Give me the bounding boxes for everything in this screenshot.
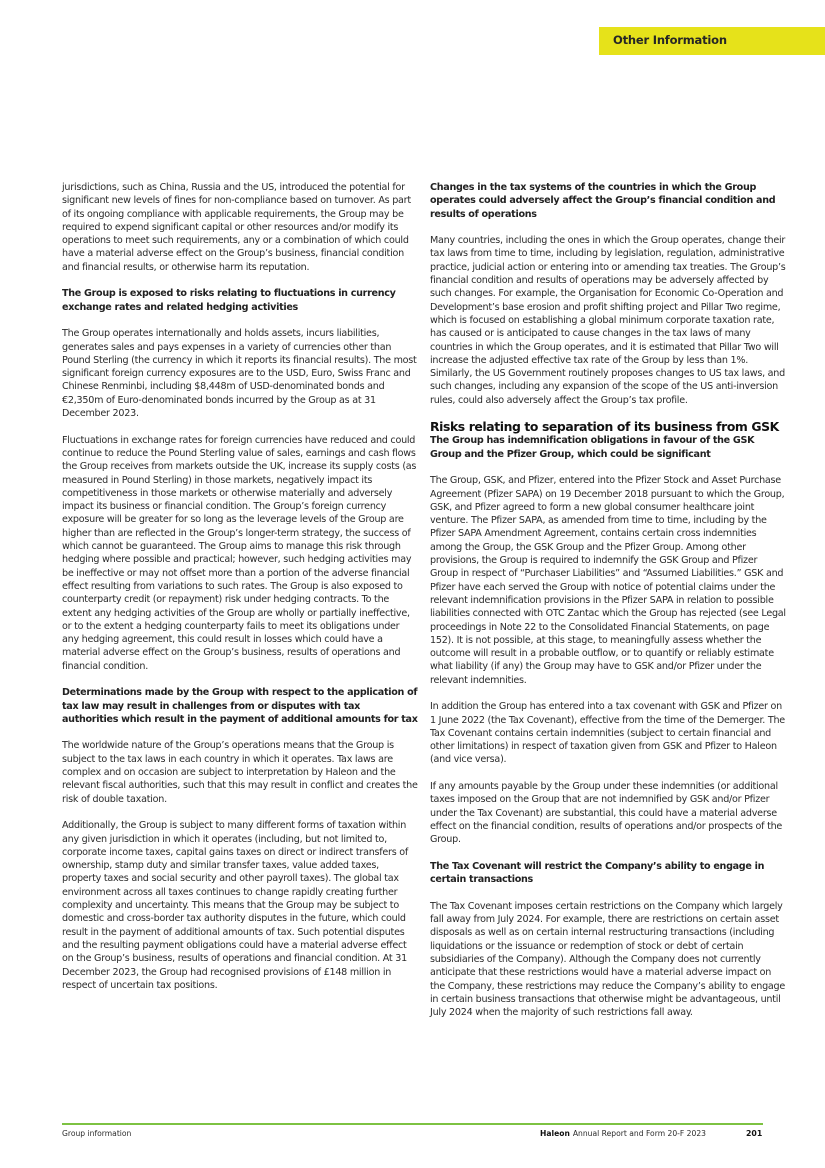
section-label: Other Information (613, 33, 727, 47)
footer-section-label: Group information (62, 1129, 131, 1138)
paragraph: Additionally, the Group is subject to ma… (62, 819, 418, 992)
subheading-tax-determinations: Determinations made by the Group with re… (62, 686, 418, 726)
subheading-tax-covenant: The Tax Covenant will restrict the Compa… (430, 860, 786, 887)
paragraph: jurisdictions, such as China, Russia and… (62, 181, 418, 274)
paragraph: The Group operates internationally and h… (62, 327, 418, 420)
subheading-currency-risk: The Group is exposed to risks relating t… (62, 287, 418, 314)
right-column: Changes in the tax systems of the countr… (430, 181, 786, 1033)
brand-name: Haleon (540, 1129, 570, 1138)
paragraph: The Group, GSK, and Pfizer, entered into… (430, 474, 786, 687)
left-column: jurisdictions, such as China, Russia and… (62, 181, 418, 1005)
paragraph: In addition the Group has entered into a… (430, 700, 786, 766)
page-number: 201 (746, 1129, 762, 1138)
paragraph: Many countries, including the ones in wh… (430, 234, 786, 407)
section-banner: Other Information (599, 27, 825, 55)
footer-publication: HaleonAnnual Report and Form 20-F 2023 (540, 1129, 706, 1138)
subheading-indemnification: The Group has indemnification obligation… (430, 434, 786, 461)
footer-divider (62, 1123, 763, 1125)
paragraph: The worldwide nature of the Group’s oper… (62, 739, 418, 805)
subheading-tax-systems: Changes in the tax systems of the countr… (430, 181, 786, 221)
publication-title: Annual Report and Form 20-F 2023 (573, 1129, 706, 1138)
paragraph: Fluctuations in exchange rates for forei… (62, 434, 418, 673)
paragraph: The Tax Covenant imposes certain restric… (430, 900, 786, 1020)
paragraph: If any amounts payable by the Group unde… (430, 780, 786, 846)
section-title-gsk-separation: Risks relating to separation of its busi… (430, 420, 786, 434)
